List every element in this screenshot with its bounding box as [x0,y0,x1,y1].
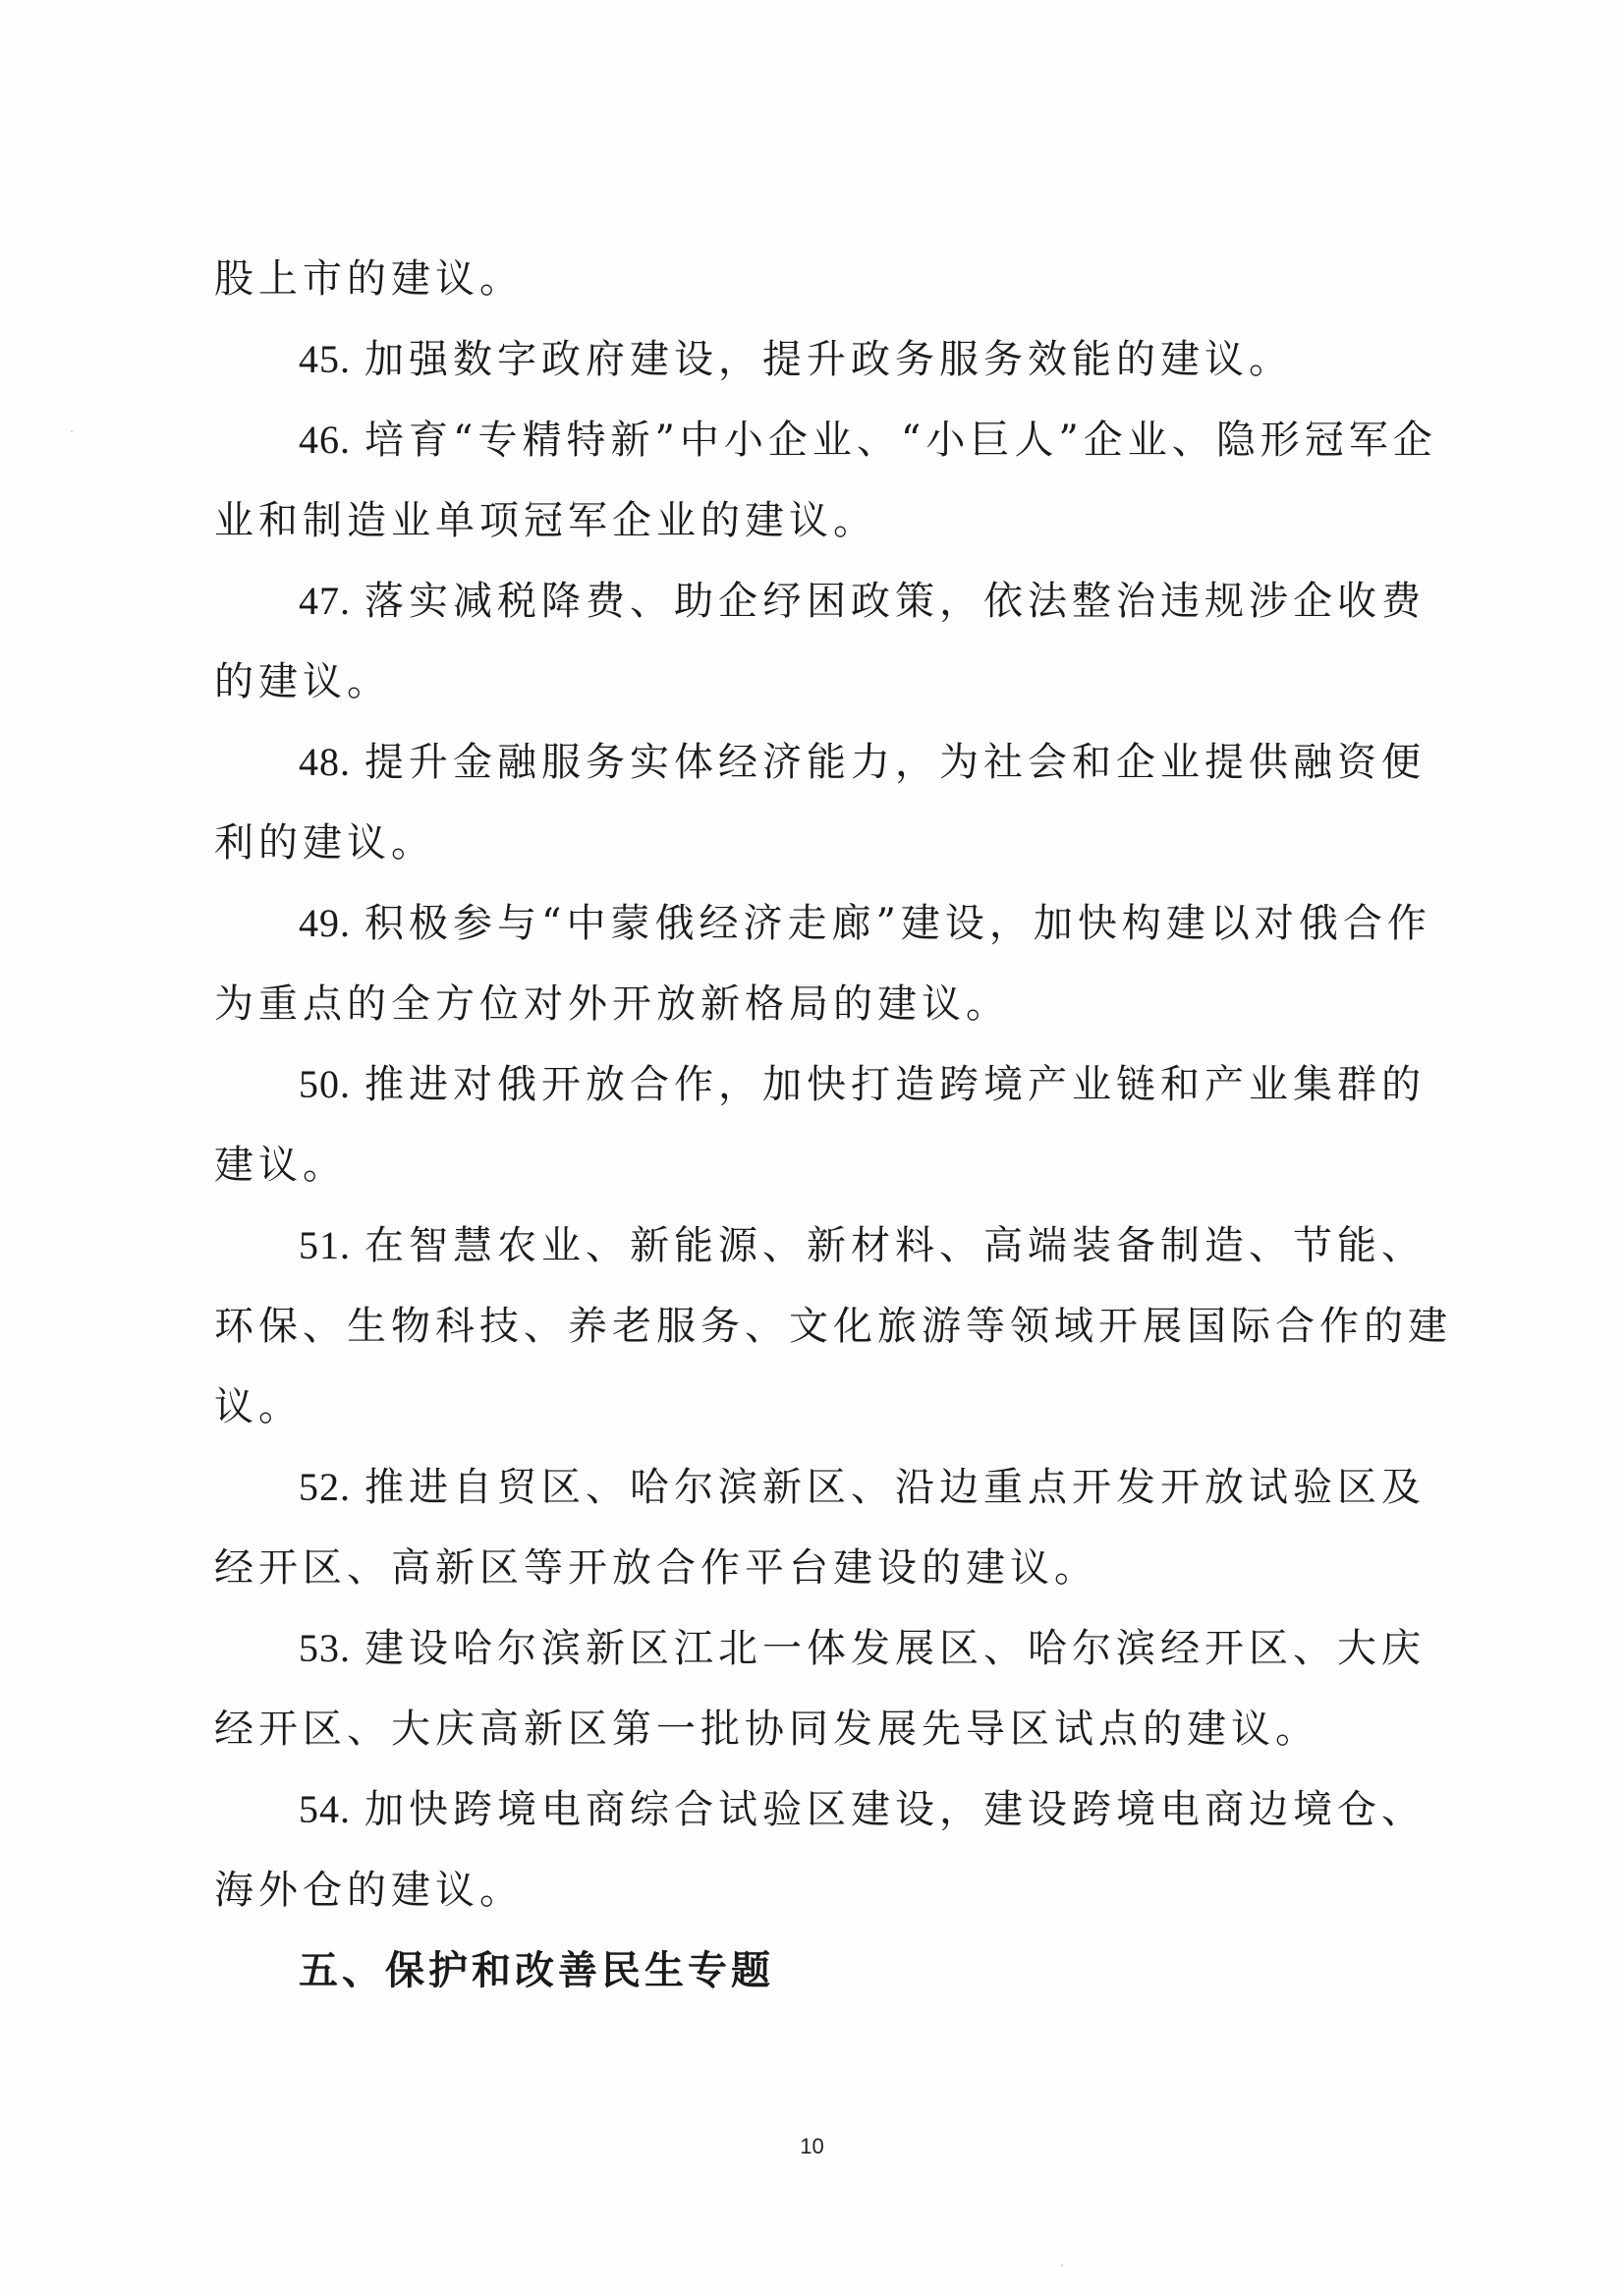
item-text: 建设哈尔滨新区江北一体发展区、哈尔滨经开区、大庆 [364,1626,1426,1671]
scan-artifact [71,430,73,432]
list-item-52: 52.推进自贸区、哈尔滨新区、沿边重点开发开放试验区及 经开区、高新区等开放合作… [214,1456,1423,1617]
list-item-continuation-line: 海外仓的建议。 [214,1859,1423,1939]
list-item-50: 50.推进对俄开放合作，加快打造跨境产业链和产业集群的 建议。 [214,1053,1423,1214]
continuation-text: 股上市的建议。 [214,256,524,302]
list-item-first-line: 48.提升金融服务实体经济能力，为社会和企业提供融资便 [214,731,1423,812]
item-number: 50. [299,1062,351,1106]
continuation-line: 股上市的建议。 [214,248,1423,328]
list-item-first-line: 51.在智慧农业、新能源、新材料、高端装备制造、节能、 [214,1214,1423,1295]
list-item-first-line: 45.加强数字政府建设，提升政务服务效能的建议。 [214,328,1423,409]
page-number: 10 [0,2134,1624,2159]
item-text: 加强数字政府建设，提升政务服务效能的建议。 [364,337,1293,382]
document-page: 股上市的建议。 45.加强数字政府建设，提升政务服务效能的建议。 46.培育“专… [0,0,1624,2295]
list-item-continuation-line: 建议。 [214,1134,1423,1214]
list-item-48: 48.提升金融服务实体经济能力，为社会和企业提供融资便 利的建议。 [214,731,1423,892]
item-number: 54. [299,1787,351,1831]
item-text: 推进自贸区、哈尔滨新区、沿边重点开发开放试验区及 [364,1465,1426,1510]
list-item-first-line: 53.建设哈尔滨新区江北一体发展区、哈尔滨经开区、大庆 [214,1617,1423,1698]
list-item-53: 53.建设哈尔滨新区江北一体发展区、哈尔滨经开区、大庆 经开区、大庆高新区第一批… [214,1617,1423,1778]
item-number: 52. [299,1465,351,1509]
item-text: 加快跨境电商综合试验区建设，建设跨境电商边境仓、 [364,1787,1426,1832]
list-item-47: 47.落实减税降费、助企纾困政策，依法整治违规涉企收费 的建议。 [214,570,1423,731]
list-item-continuation-line: 为重点的全方位对外开放新格局的建议。 [214,973,1423,1053]
section-heading: 五、保护和改善民生专题 [214,1939,1423,2020]
item-number: 53. [299,1626,351,1670]
list-item-49: 49.积极参与“中蒙俄经济走廊”建设，加快构建以对俄合作 为重点的全方位对外开放… [214,892,1423,1053]
list-item-54: 54.加快跨境电商综合试验区建设，建设跨境电商边境仓、 海外仓的建议。 [214,1778,1423,1939]
list-item-first-line: 50.推进对俄开放合作，加快打造跨境产业链和产业集群的 [214,1053,1423,1134]
list-item-first-line: 54.加快跨境电商综合试验区建设，建设跨境电商边境仓、 [214,1778,1423,1859]
list-item-45: 45.加强数字政府建设，提升政务服务效能的建议。 [214,328,1423,409]
list-item-51: 51.在智慧农业、新能源、新材料、高端装备制造、节能、 环保、生物科技、养老服务… [214,1214,1423,1456]
item-text: 提升金融服务实体经济能力，为社会和企业提供融资便 [364,740,1426,785]
item-number: 49. [299,901,351,945]
list-item-continuation-line: 议。 [214,1375,1423,1456]
list-item-continuation-line: 业和制造业单项冠军企业的建议。 [214,489,1423,570]
list-item-first-line: 47.落实减税降费、助企纾困政策，依法整治违规涉企收费 [214,570,1423,650]
list-item-first-line: 49.积极参与“中蒙俄经济走廊”建设，加快构建以对俄合作 [214,892,1423,973]
list-item-continuation-line: 经开区、高新区等开放合作平台建设的建议。 [214,1537,1423,1617]
list-item-continuation-line: 经开区、大庆高新区第一批协同发展先导区试点的建议。 [214,1698,1423,1778]
scan-artifact [1061,2265,1063,2267]
list-item-first-line: 52.推进自贸区、哈尔滨新区、沿边重点开发开放试验区及 [214,1456,1423,1537]
item-number: 45. [299,337,351,381]
item-number: 51. [299,1223,351,1267]
document-body: 股上市的建议。 45.加强数字政府建设，提升政务服务效能的建议。 46.培育“专… [214,248,1423,2020]
item-number: 47. [299,579,351,623]
item-text: 推进对俄开放合作，加快打造跨境产业链和产业集群的 [364,1062,1426,1107]
item-number: 46. [299,418,351,462]
item-text: 积极参与“中蒙俄经济走廊”建设，加快构建以对俄合作 [364,901,1431,946]
item-text: 落实减税降费、助企纾困政策，依法整治违规涉企收费 [364,579,1426,624]
list-item-continuation-line: 的建议。 [214,650,1423,731]
item-number: 48. [299,740,351,784]
item-text: 在智慧农业、新能源、新材料、高端装备制造、节能、 [364,1223,1426,1268]
list-item-46: 46.培育“专精特新”中小企业、“小巨人”企业、隐形冠军企 业和制造业单项冠军企… [214,409,1423,570]
list-item-continuation-line: 利的建议。 [214,812,1423,892]
list-item-first-line: 46.培育“专精特新”中小企业、“小巨人”企业、隐形冠军企 [214,409,1423,489]
list-item-continuation-line: 环保、生物科技、养老服务、文化旅游等领域开展国际合作的建 [214,1295,1423,1375]
item-text: 培育“专精特新”中小企业、“小巨人”企业、隐形冠军企 [364,418,1437,463]
